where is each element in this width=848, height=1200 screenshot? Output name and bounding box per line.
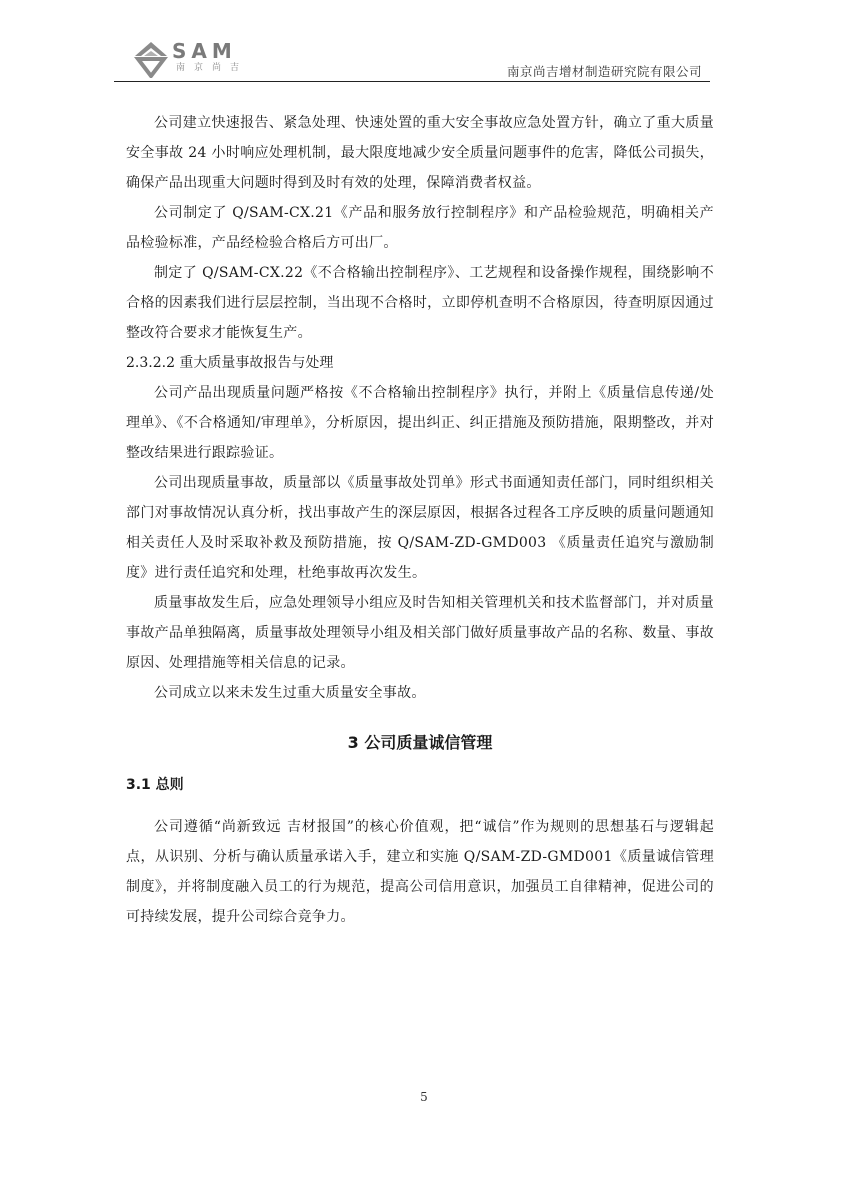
header-divider [114,81,710,82]
paragraph: 公司产品出现质量问题严格按《不合格输出控制程序》执行，并附上《质量信息传递/处理… [126,378,714,468]
logo-subtitle: 南京尚吉 [176,62,248,74]
paragraph: 公司建立快速报告、紧急处理、快速处置的重大安全事故应急处置方针，确立了重大质量安… [126,108,714,198]
paragraph: 公司成立以来未发生过重大质量安全事故。 [126,678,714,708]
chapter-heading: 3 公司质量诚信管理 [126,718,714,768]
logo-text: SAM [172,40,237,62]
subsection-heading: 2.3.2.2 重大质量事故报告与处理 [126,348,714,378]
section-heading: 3.1 总则 [126,770,714,800]
paragraph: 质量事故发生后，应急处理领导小组应及时告知相关管理机关和技术监督部门，并对质量事… [126,588,714,678]
paragraph: 制定了 Q/SAM-CX.22《不合格输出控制程序》、工艺规程和设备操作规程，围… [126,258,714,348]
page-content: 公司建立快速报告、紧急处理、快速处置的重大安全事故应急处置方针，确立了重大质量安… [126,108,714,932]
paragraph: 公司出现质量事故，质量部以《质量事故处罚单》形式书面通知责任部门，同时组织相关部… [126,468,714,588]
paragraph: 公司制定了 Q/SAM-CX.21《产品和服务放行控制程序》和产品检验规范，明确… [126,198,714,258]
sam-logo-icon [134,40,168,78]
company-name: 南京尚吉增材制造研究院有限公司 [507,62,702,80]
page-number: 5 [0,1090,848,1104]
company-logo: SAM 南京尚吉 [134,38,254,82]
page-header: SAM 南京尚吉 南京尚吉增材制造研究院有限公司 [114,38,710,82]
paragraph: 公司遵循“尚新致远 吉材报国”的核心价值观，把“诚信”作为规则的思想基石与逻辑起… [126,812,714,932]
